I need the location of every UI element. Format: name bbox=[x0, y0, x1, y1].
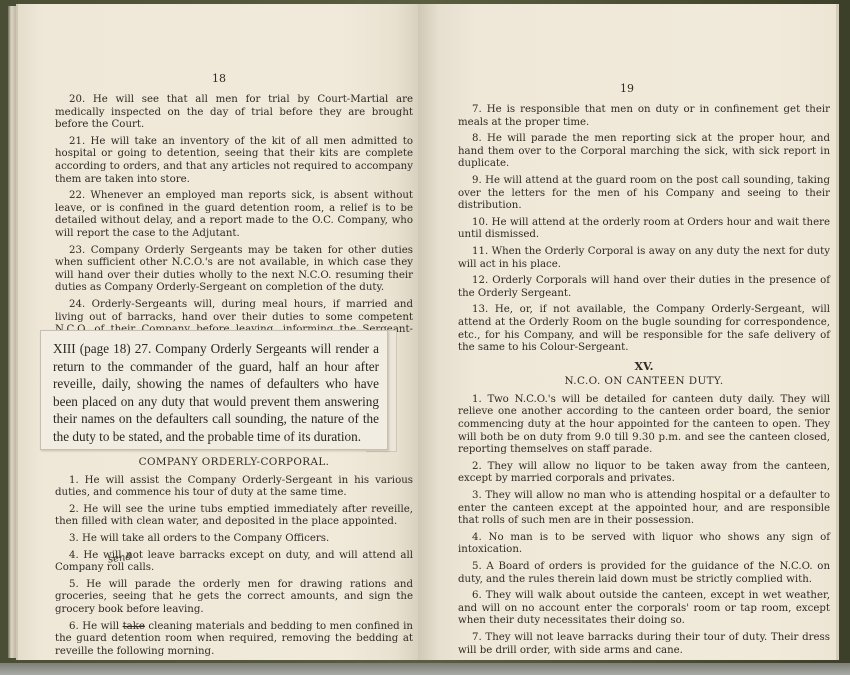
corporal-paragraph-6: 6. He will take cleaning materials and b… bbox=[55, 621, 413, 659]
paragraph-21: 21. He will take an inventory of the kit… bbox=[55, 136, 413, 186]
canteen-paragraph-3: 3. They will allow no man who is attendi… bbox=[458, 490, 830, 528]
paragraph-7: 7. He is responsible that men on duty or… bbox=[458, 104, 830, 129]
paragraph-11: 11. When the Orderly Corporal is away on… bbox=[458, 246, 830, 271]
left-page: 18 20. He will see that all men for tria… bbox=[16, 4, 420, 660]
page-number-left: 18 bbox=[18, 72, 420, 85]
paragraph-12: 12. Orderly Corporals will hand over the… bbox=[458, 275, 830, 300]
canteen-paragraph-2: 2. They will allow no liquor to be taken… bbox=[458, 461, 830, 486]
page-stack-edge bbox=[8, 6, 16, 658]
paragraph-8: 8. He will parade the men reporting sick… bbox=[458, 133, 830, 171]
corporal-paragraph-1: 1. He will assist the Company Orderly-Se… bbox=[55, 475, 413, 500]
pasted-amendment-slip: XIII (page 18) 27. Company Orderly Serge… bbox=[40, 330, 388, 450]
paragraph-20: 20. He will see that all men for trial b… bbox=[55, 94, 413, 132]
canteen-paragraph-1: 1. Two N.C.O.'s will be detailed for can… bbox=[458, 394, 830, 457]
struck-word: take bbox=[123, 621, 145, 632]
page-number-right: 19 bbox=[418, 82, 836, 95]
paragraph-23: 23. Company Orderly Sergeants may be tak… bbox=[55, 245, 413, 295]
canteen-paragraph-6: 6. They will walk about outside the cant… bbox=[458, 590, 830, 628]
paragraph-10: 10. He will attend at the orderly room a… bbox=[458, 217, 830, 242]
paragraph-13: 13. He, or, if not available, the Compan… bbox=[458, 304, 830, 354]
scanner-bed-edge bbox=[0, 663, 850, 675]
canteen-paragraph-7: 7. They will not leave barracks during t… bbox=[458, 632, 830, 657]
right-page: 19 7. He is responsible that men on duty… bbox=[418, 4, 839, 660]
paragraph-22: 22. Whenever an employed man reports sic… bbox=[55, 190, 413, 240]
para6-start: 6. He will bbox=[69, 621, 123, 632]
corporal-paragraph-2: 2. He will see the urine tubs emptied im… bbox=[55, 504, 413, 529]
section-number-xv: XV. bbox=[458, 361, 830, 374]
paragraph-9: 9. He will attend at the guard room on t… bbox=[458, 175, 830, 213]
left-page-upper-text: 20. He will see that all men for trial b… bbox=[55, 94, 413, 353]
section-heading-orderly-corporal: COMPANY ORDERLY-CORPORAL. bbox=[55, 456, 413, 469]
section-heading-canteen-duty: N.C.O. ON CANTEEN DUTY. bbox=[458, 375, 830, 388]
canteen-paragraph-5: 5. A Board of orders is provided for the… bbox=[458, 561, 830, 586]
corporal-paragraph-5: 5. He will parade the orderly men for dr… bbox=[55, 579, 413, 617]
corporal-paragraph-3: 3. He will take all orders to the Compan… bbox=[55, 533, 413, 546]
canteen-paragraph-4: 4. No man is to be served with liquor wh… bbox=[458, 532, 830, 557]
right-page-upper-text: 7. He is responsible that men on duty or… bbox=[458, 104, 830, 661]
